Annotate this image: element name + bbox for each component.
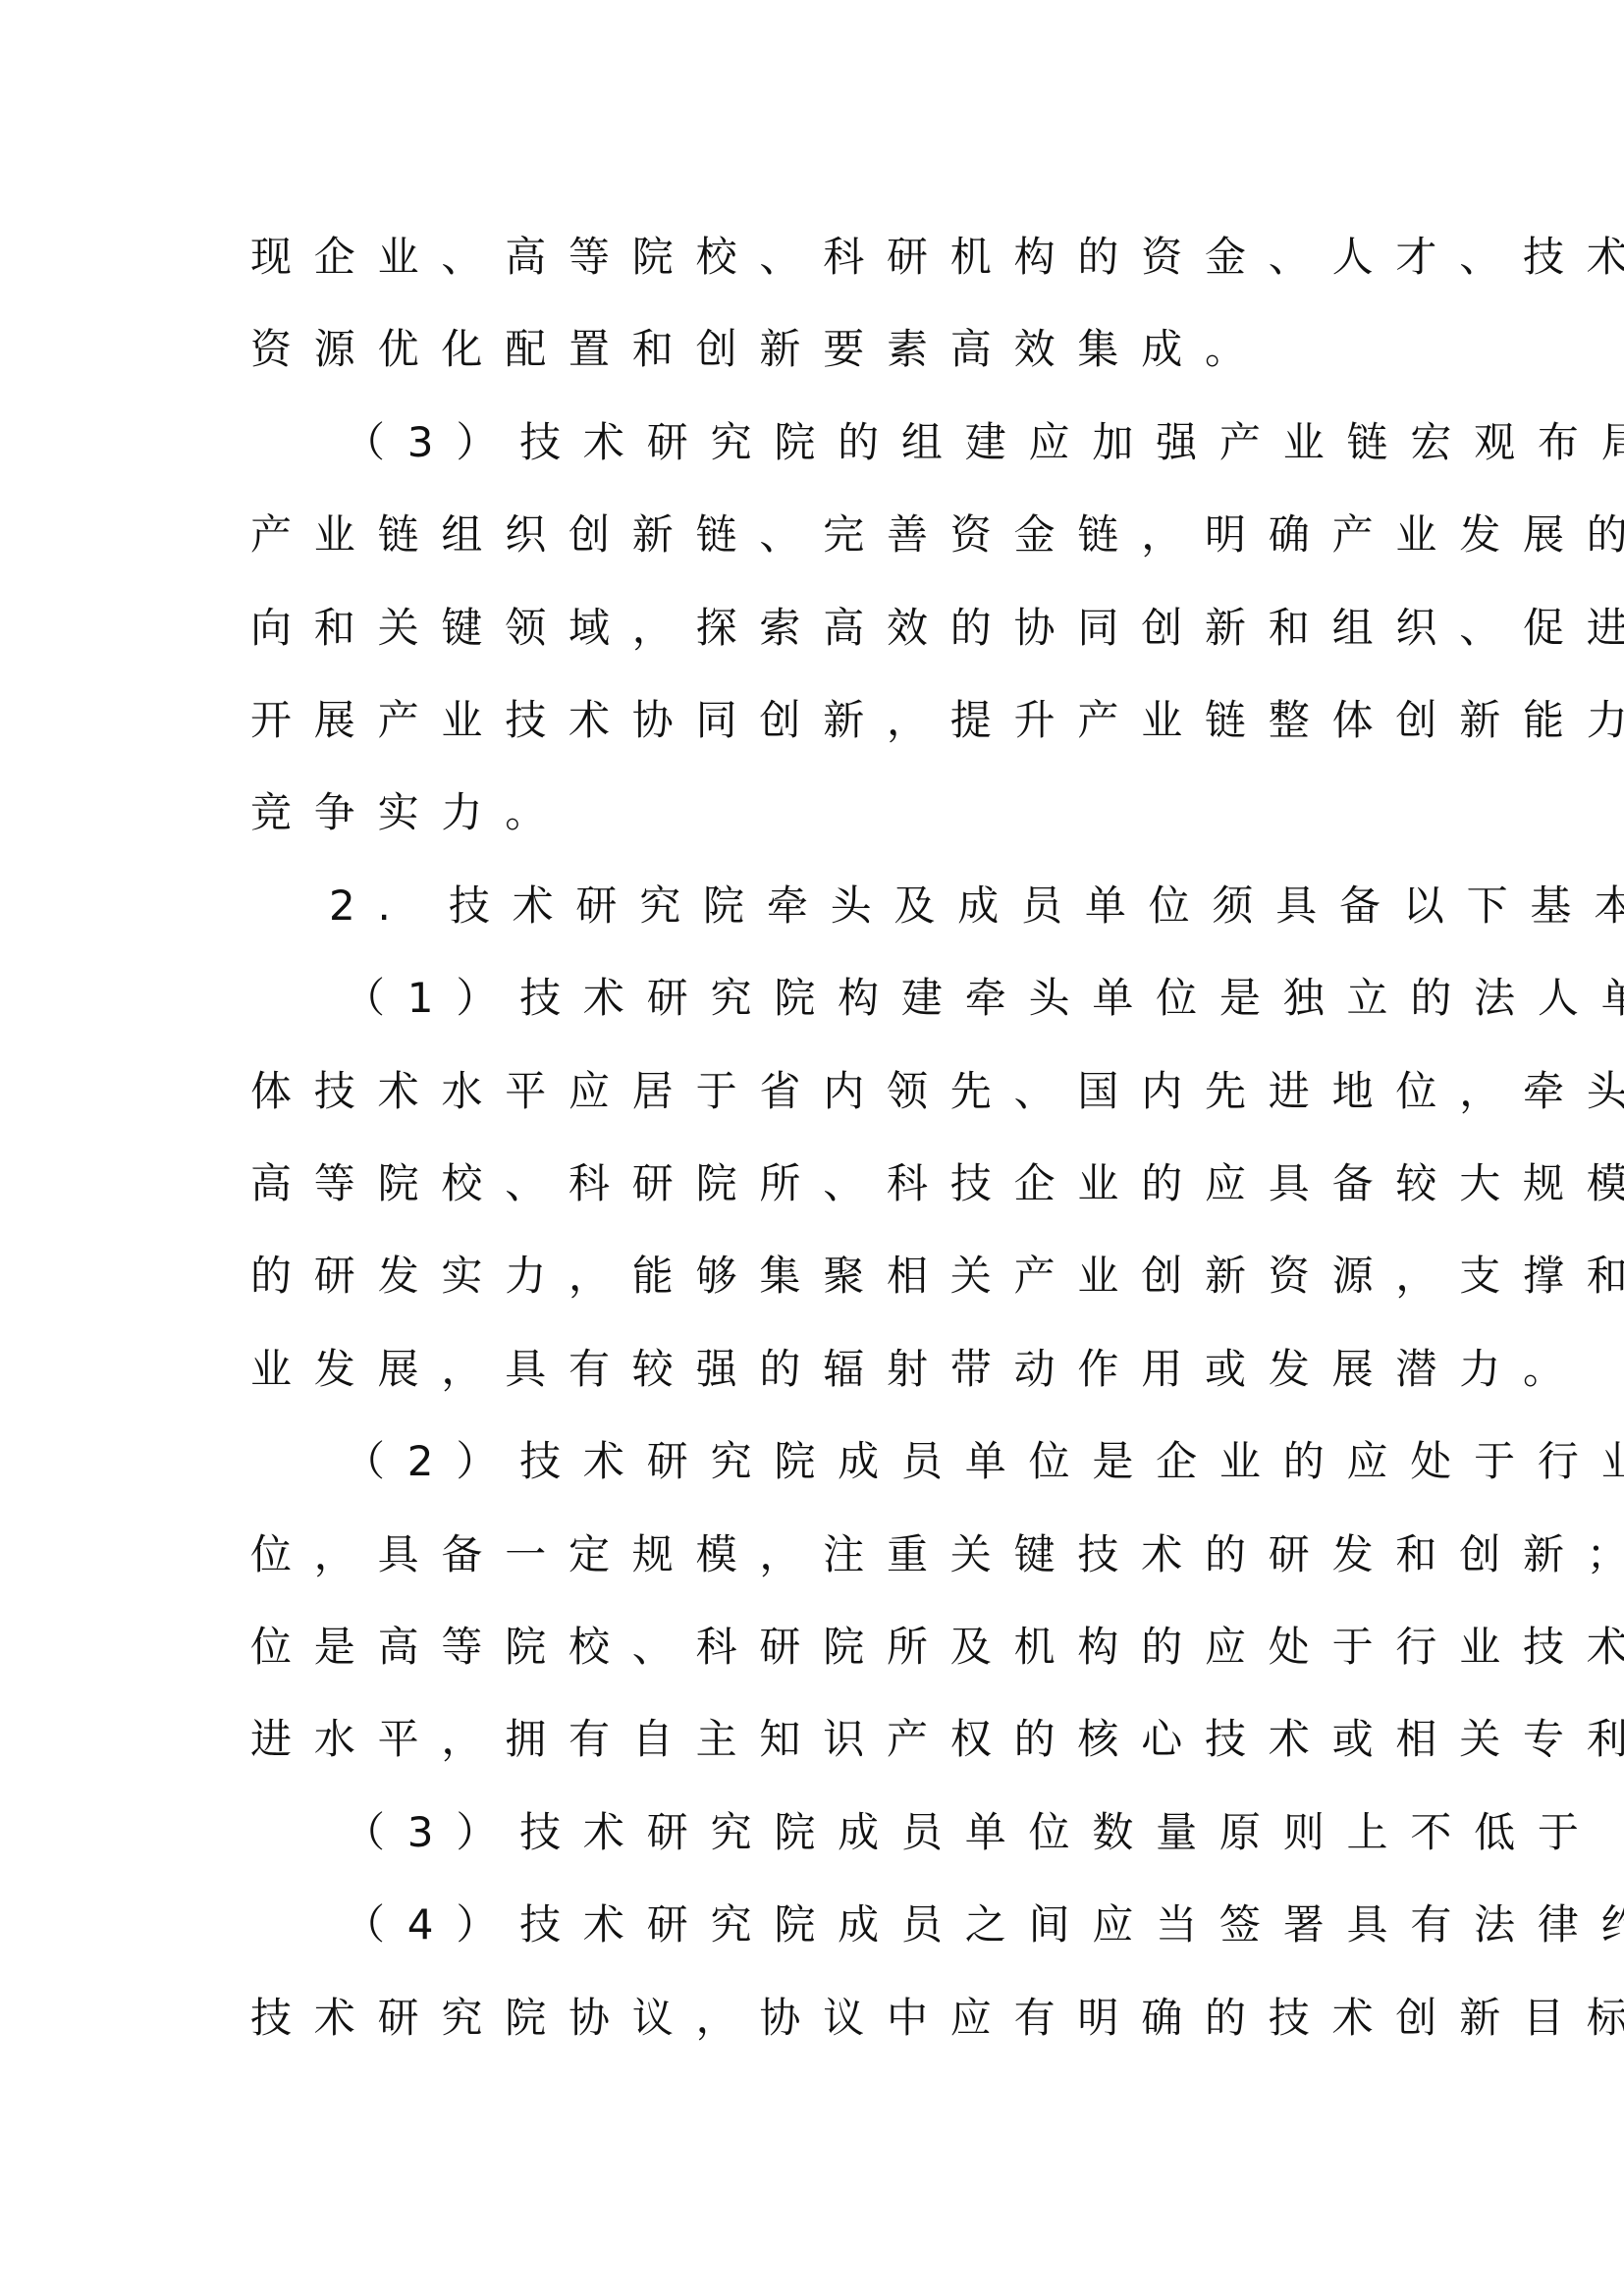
item-3-line: （3）技术研究院成员单位数量原则上不低于 10 家。 [344, 1803, 1624, 1862]
text-line: 高等院校、科研院所、科技企业的应具备较大规模和较强 [250, 1154, 1624, 1213]
text-line: 向和关键领域，探索高效的协同创新和组织、促进机制， [250, 599, 1624, 658]
text-line: 进水平，拥有自主知识产权的核心技术或相关专利。 [250, 1710, 1624, 1769]
text-line: 的研发实力，能够集聚相关产业创新资源，支撑和引领产 [250, 1247, 1624, 1306]
text-line: 位，具备一定规模，注重关键技术的研发和创新；成员单 [250, 1525, 1624, 1584]
document-page: 现企业、高等院校、科研机构的资金、人才、技术等创新 资源优化配置和创新要素高效集… [0, 0, 1624, 2296]
text-line: 现企业、高等院校、科研机构的资金、人才、技术等创新 [250, 228, 1624, 287]
text-line: 资源优化配置和创新要素高效集成。 [250, 320, 1269, 379]
text-line: 技术研究院协议，协议中应有明确的技术创新目标和任务 [250, 1989, 1624, 2048]
text-line: 产业链组织创新链、完善资金链，明确产业发展的重点方 [250, 506, 1624, 564]
item-2-line: （2）技术研究院成员单位是企业的应处于行业骨干地 [344, 1432, 1624, 1491]
section-2-heading: 2. 技术研究院牵头及成员单位须具备以下基本条件： [329, 877, 1624, 935]
text-line: 竞争实力。 [250, 783, 568, 842]
paragraph-3-heading-line: （3）技术研究院的组建应加强产业链宏观布局，围绕 [344, 413, 1624, 472]
text-line: 位是高等院校、科研院所及机构的应处于行业技术研发先 [250, 1618, 1624, 1677]
text-line: 业发展，具有较强的辐射带动作用或发展潜力。 [250, 1340, 1587, 1399]
item-4-line: （4）技术研究院成员之间应当签署具有法律约束力的 [344, 1896, 1624, 1954]
text-line: 开展产业技术协同创新，提升产业链整体创新能力和综合 [250, 691, 1624, 750]
text-line: 体技术水平应居于省内领先、国内先进地位，牵头单位是 [250, 1062, 1624, 1121]
item-1-line: （1）技术研究院构建牵头单位是独立的法人单位，整 [344, 969, 1624, 1028]
